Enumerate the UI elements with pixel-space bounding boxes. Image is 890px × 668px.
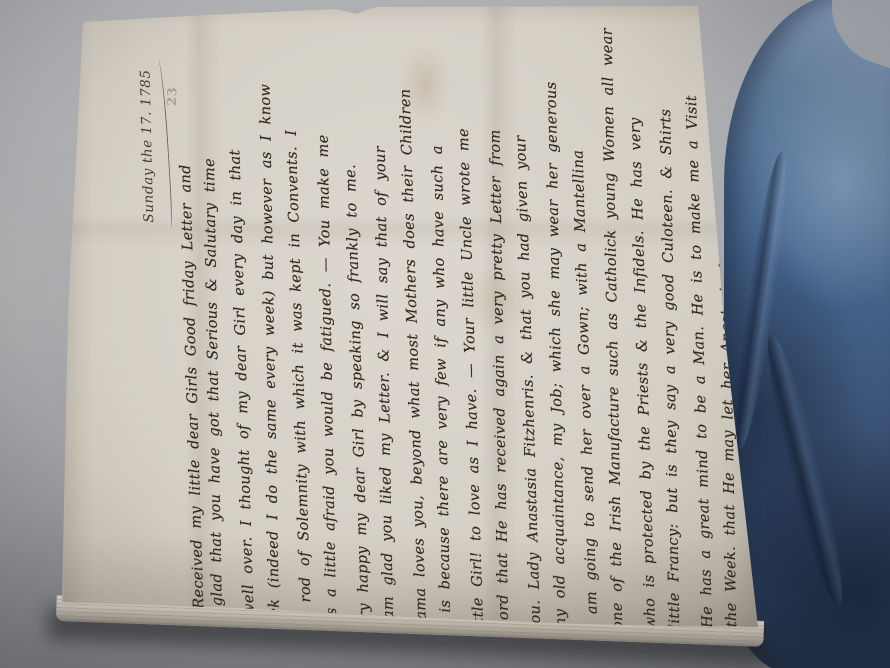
photo-of-letter: Sunday the 17. 1785 I Received my little… (0, 0, 890, 668)
letter-page: Sunday the 17. 1785 I Received my little… (58, 0, 764, 652)
letter-text: Sunday the 17. 1785 I Received my little… (137, 21, 770, 642)
folio-number-top: 23 (164, 87, 180, 107)
